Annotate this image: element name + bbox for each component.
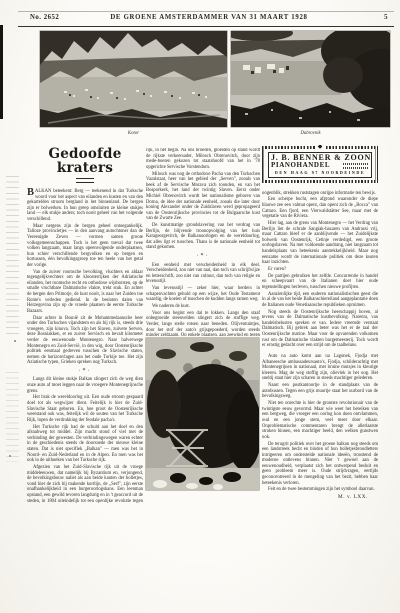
photo-caption-kotor: Kotor [40,131,227,136]
paragraph: Nog steeds de Oostenrijksche heerschappi… [262,310,378,349]
ad-trade-label: PIANOHANDEL [271,163,330,169]
photo-dubrovnik [231,31,390,127]
photo-locals [146,338,259,490]
paragraph: Van levensstijl — zeker hier, waar herde… [146,286,260,303]
newspaper-title: DE GROENE AMSTERDAMMER VAN 31 MAART 1928 [100,14,318,21]
scan-speck [14,340,16,342]
paragraph: Een scherpe bocht, een afgrond waaronder… [262,197,378,219]
paragraph: De kunstmatige grondslavering van het ve… [146,223,260,251]
paragraph: Hier lag, aan de grens van Montenegro — … [262,221,378,266]
paragraph: rijk, in het begin. Na ons broeden, gloe… [146,148,260,170]
paragraph: Afgezien van het Zuid-Slavische rijk uit… [27,465,143,503]
masthead-top-rule [18,11,394,12]
article-column-right: ◆ J. B. BENNER & ZOON PIANOHANDEL DEN HA… [262,145,378,503]
left-col-section-2: Langs dit kleine stukje Balkan slingert … [27,377,143,503]
section-separator: ·*· [27,368,143,375]
paragraph: Er varen? [262,267,378,273]
right-col-section-2: Auto na auto komt aan na Lagonek, Fjodja… [262,354,378,493]
paragraph: Aanzienlijke tijd, een ouderen nationali… [262,292,378,309]
right-col-section-1: oogenblik, strekken ruststagen onrijpe i… [262,191,378,349]
paragraph: Milosch was nog de orthodoxe Pacha van d… [146,172,260,222]
ad-address: DEN HAAG 97 NOORDEINDE [271,170,369,176]
paragraph: Het brak de wereldoorlog uit. Een oude s… [27,395,143,423]
paragraph: De terugrit politiek over het groene bal… [262,442,378,487]
paragraph: Voor ons begint een dal te lokken. Langs… [146,311,260,336]
masthead-rule [18,26,394,27]
masthead: No. 2652 DE GROENE AMSTERDAMMER VAN 31 M… [18,14,394,25]
paragraph: De partijen gebruiken het zelfde. Concur… [262,274,378,291]
section-separator: ·*· [146,253,260,260]
middle-col-section-1: rijk, in het begin. Na ons broeden, gloe… [146,148,260,251]
article-title: Gedoofde kraters [27,147,143,175]
issue-number: No. 2652 [18,14,100,21]
scan-edge-mark [0,25,3,119]
paragraph: Daar achter in Bosnië zit de Mohammedaan… [27,316,143,366]
advertisement-benner-zoon: ◆ J. B. BENNER & ZOON PIANOHANDEL DEN HA… [262,146,378,183]
paragraph: Niet ten onrechte is hier de grootste re… [262,401,378,440]
paragraph: Auto na auto komt aan na Lagonek, Fjodja… [262,354,378,382]
newspaper-page: No. 2652 DE GROENE AMSTERDAMMER VAN 31 M… [0,0,400,613]
author-signature: M. v. LXX. [262,495,378,501]
page-number: 5 [318,14,394,21]
paragraph: We naderen de kust. [146,304,260,310]
crest-icon: ◆ [316,145,325,150]
photo-kotor [40,31,227,127]
paragraph: Van de zuiver roomsche bevolking, vlucht… [27,270,143,315]
photo-caption-dubrovnik: Dubrovnik [231,131,390,136]
page-bleed-through [6,176,19,334]
paragraph: Naast een postkantoortje in de standplaa… [262,383,378,400]
paragraph: Het Turksche rijk had de schuld aan het … [27,425,143,464]
paragraph: BALKAN beteekent: Berg — teekenend in da… [27,189,143,223]
page-bleed-through [6,372,19,462]
middle-col-section-2: Een eenheid met verscheidenheid in elk d… [146,263,260,336]
paragraph: Een eenheid met verscheidenheid in elk d… [146,263,260,285]
paragraph: Langs dit kleine stukje Balkan slingert … [27,377,143,394]
article-column-middle: rijk, in het begin. Na ons broeden, gloe… [146,148,260,336]
headline-ornament [76,178,94,183]
paragraph: Maar nergens zijn de bergen geheel ontoe… [27,224,143,269]
ad-small-print [343,163,369,169]
scan-speck [9,455,11,457]
paragraph: Feit en de twee bestemmingen zijn het sy… [262,487,378,493]
article-column-left: Gedoofde kraters BALKAN beteekent: Berg … [27,147,143,503]
ad-inner-frame: J. B. BENNER & ZOON PIANOHANDEL DEN HAAG… [268,152,372,178]
left-col-section-1: BALKAN beteekent: Berg — teekenend in da… [27,189,143,366]
paragraph: oogenblik, strekken ruststagen onrijpe i… [262,191,378,197]
